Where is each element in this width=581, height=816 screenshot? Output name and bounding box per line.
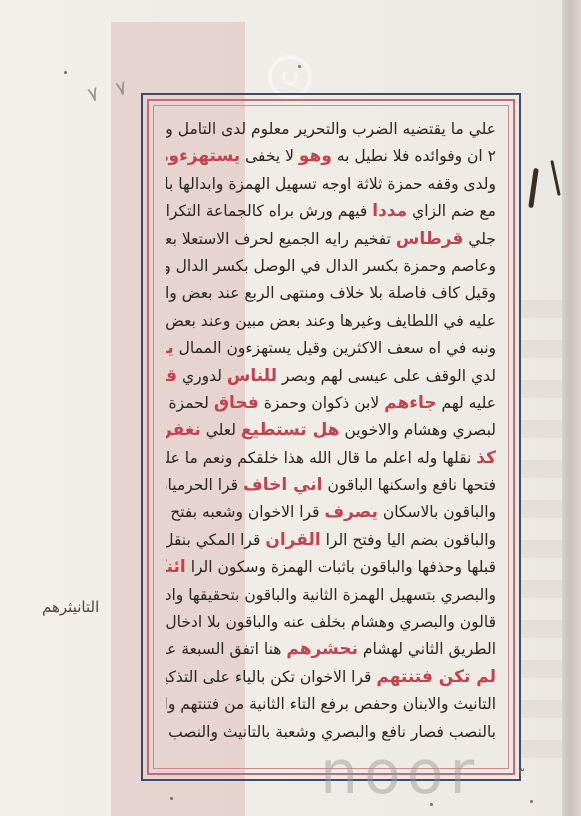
rubric-word: هل تستطيع: [241, 420, 340, 440]
text-segment: عليه لهم: [437, 394, 496, 412]
speck: [298, 65, 301, 68]
text-segment: فتحها نافع واسكنها الباقون: [323, 476, 496, 494]
rubric-word: للناس: [227, 366, 277, 386]
text-line: الطريق الثاني لهشام نحشرهم هنا اتفق السب…: [166, 636, 496, 663]
text-line: ٢ ان وفوائده فلا نطيل به وهو لا يخفى يست…: [166, 143, 496, 170]
text-segment: هنا اتفق السبعة على قراته بالنون: [166, 640, 286, 658]
text-segment: التانيث والابنان وحفص برفع التاء الثانية…: [166, 695, 496, 713]
rubric-word: نغفرلهم: [166, 420, 201, 440]
speck: [64, 71, 67, 74]
text-segment: لابن ذكوان وحمزة: [259, 394, 384, 412]
text-line: والبصري بتسهيل الهمزة الثانية والباقون ب…: [166, 582, 496, 609]
text-segment: لدوري: [177, 367, 227, 385]
text-segment: وعاصم وحمزة بكسر الدال في الوصل بكسر الد…: [166, 257, 496, 275]
rubric-word: لم تكن فتنتهم: [376, 667, 496, 687]
text-frame-inner-rule: علي ما يقتضيه الضرب والتحرير معلوم لدى ا…: [153, 105, 509, 769]
page-number: ٣: [518, 765, 524, 779]
text-segment: تفخيم رايه الجميع لحرف الاستعلا بعده جلي: [166, 230, 396, 248]
rubric-word: يصرف: [324, 502, 377, 522]
rubric-word: قضى: [166, 366, 177, 386]
text-line: لم تكن فتنتهم قرا الاخوان تكن بالياء على…: [166, 664, 496, 691]
text-segment: نقلها وله اعلم ما قال الله هذا خلقكم ونع…: [166, 449, 476, 467]
manuscript-text: علي ما يقتضيه الضرب والتحرير معلوم لدى ا…: [166, 116, 496, 758]
text-line: فتحها نافع واسكنها الباقون اني اخاف قرا …: [166, 472, 496, 499]
rubric-word: نحشرهم: [286, 639, 358, 659]
text-segment: وقيل كاف فاصلة بلا خلاف ومنتهى الربع عند…: [166, 284, 496, 302]
text-segment: لبصري وهشام والاخوين: [340, 421, 496, 439]
rubric-word: اني اخاف: [243, 475, 323, 495]
rubric-word: مددا: [372, 201, 407, 221]
text-segment: الطريق الثاني لهشام: [358, 640, 496, 658]
text-line: والباقون بالاسكان يصرف قرا الاخوان وشعبه…: [166, 499, 496, 526]
rubric-word: يا عيسى ابن مريم: [166, 338, 174, 358]
text-line: ونبه في اه سعف الاكثرين وقيل يستهزءون ال…: [166, 335, 496, 362]
text-line: وعاصم وحمزة بكسر الدال في الوصل بكسر الد…: [166, 253, 496, 280]
text-line: لبصري وهشام والاخوين هل تستطيع لعلي نغفر…: [166, 417, 496, 444]
rubric-word: جاءهم: [384, 393, 436, 413]
text-frame: علي ما يقتضيه الضرب والتحرير معلوم لدى ا…: [141, 93, 521, 781]
page-edge-shadow: [562, 0, 581, 816]
text-segment: جلي: [463, 230, 496, 248]
text-line: قالون والبصري وهشام بخلف عنه والباقون بل…: [166, 609, 496, 636]
text-line: قبلها وحذفها والباقون باثبات الهمزة وسكو…: [166, 554, 496, 581]
text-line: جلي قرطاس تفخيم رايه الجميع لحرف الاستعل…: [166, 226, 496, 253]
watermark: noor: [320, 740, 580, 806]
text-frame-red-rule: علي ما يقتضيه الضرب والتحرير معلوم لدى ا…: [147, 99, 515, 775]
text-segment: ٢ ان وفوائده فلا نطيل به: [332, 147, 496, 165]
text-segment: علي ما يقتضيه الضرب والتحرير معلوم لدى ا…: [166, 120, 496, 138]
text-segment: قالون والبصري وهشام بخلف عنه والباقون بل…: [166, 613, 496, 631]
text-line: والباقون بضم اليا وفتح الرا القران قرا ا…: [166, 527, 496, 554]
rubric-word: قرطاس: [396, 229, 464, 249]
text-segment: عليه في اللطايف وغيرها وعند بعض مبين وعن…: [166, 312, 496, 330]
text-segment: لدي الوقف على عيسى لهم وبصر: [277, 367, 496, 385]
rubric-word: القران: [265, 530, 320, 550]
speck: [530, 800, 533, 803]
rubric-word: فحاق: [214, 393, 259, 413]
rubric-word: وهو: [299, 146, 332, 166]
text-segment: والباقون بالاسكان: [378, 503, 496, 521]
text-line: علي ما يقتضيه الضرب والتحرير معلوم لدى ا…: [166, 116, 496, 143]
text-line: كذ نقلها وله اعلم ما قال الله هذا خلقكم …: [166, 445, 496, 472]
text-segment: والبصري بتسهيل الهمزة الثانية والباقون ب…: [166, 586, 496, 604]
text-segment: لحمزة المدغم: [166, 394, 214, 412]
rubric-word: كذ: [476, 448, 496, 468]
text-segment: ونبه في اه سعف الاكثرين وقيل يستهزءون ال…: [174, 339, 496, 357]
text-segment: مع ضم الزاي: [407, 202, 496, 220]
text-line: التانيث والابنان وحفص برفع التاء الثانية…: [166, 691, 496, 718]
text-line: عليه في اللطايف وغيرها وعند بعض مبين وعن…: [166, 308, 496, 335]
text-segment: والباقون بضم اليا وفتح الرا: [321, 531, 496, 549]
text-line: عليه لهم جاءهم لابن ذكوان وحمزة فحاق لحم…: [166, 390, 496, 417]
text-segment: قرا الاخوان تكن بالياء على التذكير والبا…: [166, 668, 376, 686]
text-segment: لعلي: [201, 421, 241, 439]
text-segment: قرا الحرميان والدوري بفتح اليا: [166, 476, 243, 494]
margin-note: التانيثرهم: [42, 598, 99, 616]
text-line: لدي الوقف على عيسى لهم وبصر للناس لدوري …: [166, 363, 496, 390]
text-segment: قرا الاخوان وشعبه بفتح اليا وكسر الراء: [166, 503, 324, 521]
text-line: وقيل كاف فاصلة بلا خلاف ومنتهى الربع عند…: [166, 280, 496, 307]
speck: [170, 797, 173, 800]
text-segment: ولدى وقفه حمزة ثلاثة اوجه تسهيل الهمزة و…: [166, 175, 496, 193]
rubric-word: ائنكم: [166, 557, 186, 577]
text-line: مع ضم الزاي مددا فيهم ورش براه كالجماعة …: [166, 198, 496, 225]
text-segment: قرا المكي بنقل حركة الهمزة الى الساكن: [166, 531, 265, 549]
speck: [430, 803, 433, 806]
text-line: ولدى وقفه حمزة ثلاثة اوجه تسهيل الهمزة و…: [166, 171, 496, 198]
rubric-word: يستهزءوه: [166, 146, 240, 166]
text-segment: قبلها وحذفها والباقون باثبات الهمزة وسكو…: [186, 558, 496, 576]
text-segment: فيهم ورش براه كالجماعة التكرار: [166, 202, 372, 220]
text-segment: لا يخفى: [240, 147, 299, 165]
